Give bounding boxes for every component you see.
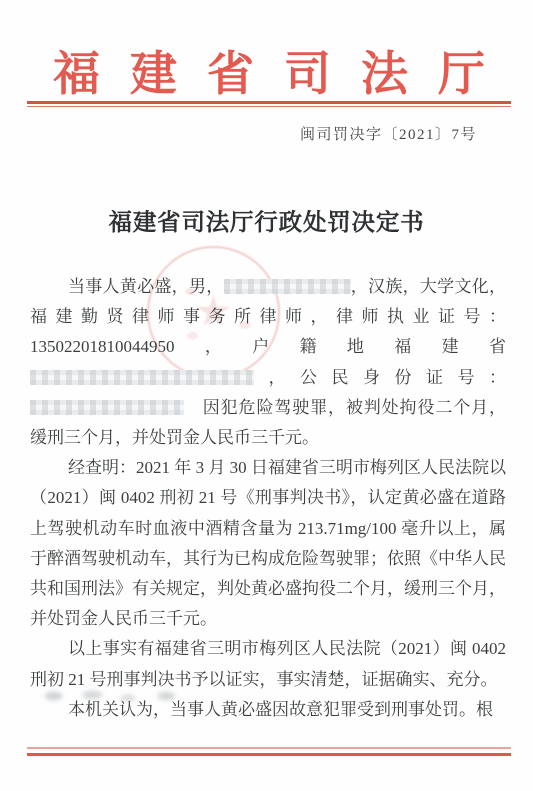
document-page: 福建省司法厅 闽司罚决字〔2021〕7号 福建省司法厅行政处罚决定书 当事人黄必… — [0, 0, 533, 791]
letterhead-agency-name: 福建省司法厅 — [53, 49, 485, 101]
body-text: 以上事实有福建省三明市梅列区人民法院（2021）闽 0402 刑初 21 号刑事… — [30, 639, 506, 688]
letterhead-rule — [27, 101, 511, 107]
redaction-block — [30, 400, 184, 415]
body-text: 当事人黄必盛，男， — [68, 277, 224, 296]
body-text: 本机关认为，当事人黄必盛因故意犯罪受到刑事处罚。根 — [68, 700, 493, 719]
document-body: 当事人黄必盛，男，，汉族，大学文化，福建勤贤律师事务所律师，律师执业证号：135… — [30, 272, 506, 725]
body-text: ，公民身份证号： — [254, 368, 506, 387]
body-paragraph: 当事人黄必盛，男，，汉族，大学文化，福建勤贤律师事务所律师，律师执业证号：135… — [30, 272, 506, 453]
redaction-block — [30, 370, 254, 385]
body-paragraph: 以上事实有福建省三明市梅列区人民法院（2021）闽 0402 刑初 21 号刑事… — [30, 634, 506, 694]
redaction-block — [224, 279, 351, 294]
footer-rule — [27, 747, 511, 757]
document-number: 闽司罚决字〔2021〕7号 — [300, 123, 477, 144]
document-title: 福建省司法厅行政处罚决定书 — [0, 203, 533, 237]
body-paragraph: 经查明：2021 年 3 月 30 日福建省三明市梅列区人民法院以（2021）闽… — [30, 453, 506, 634]
body-paragraph: 本机关认为，当事人黄必盛因故意犯罪受到刑事处罚。根 — [30, 695, 506, 725]
body-text: 经查明：2021 年 3 月 30 日福建省三明市梅列区人民法院以（2021）闽… — [30, 458, 506, 628]
